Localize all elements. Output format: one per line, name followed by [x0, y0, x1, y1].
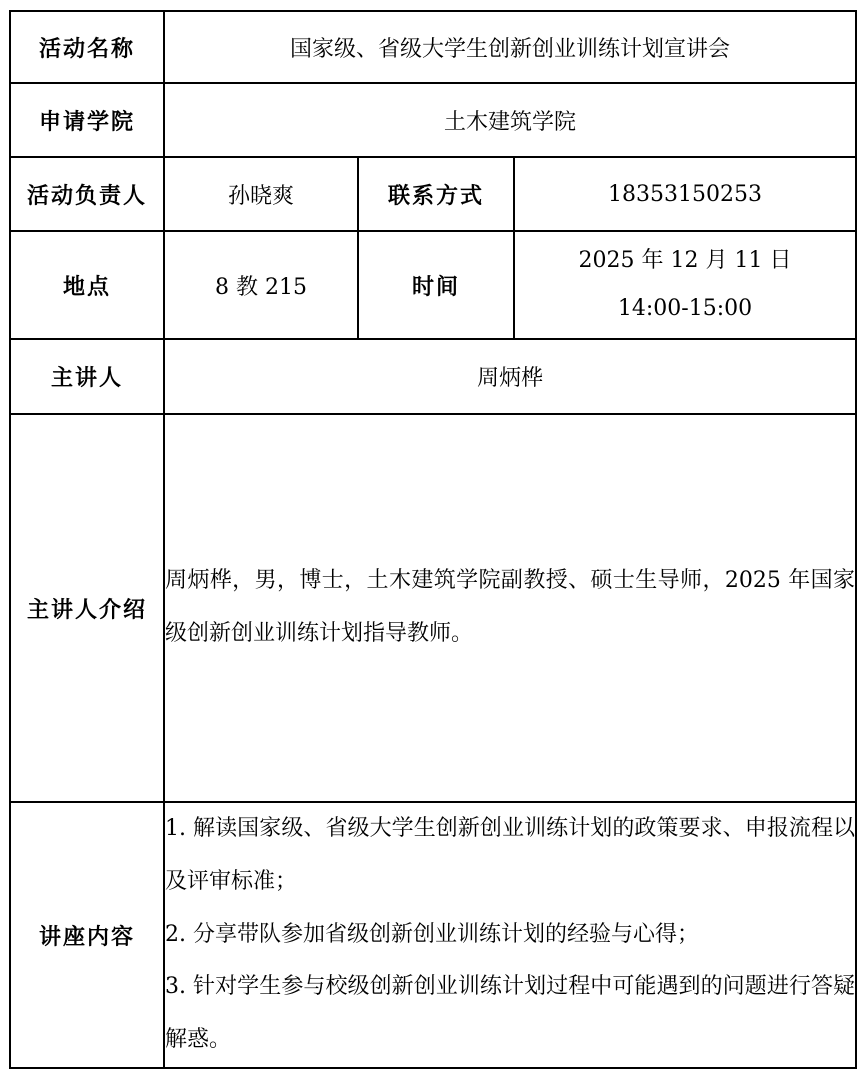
lecture-item-3: 3. 针对学生参与校级创新创业训练计划过程中可能遇到的问题进行答疑解惑。	[165, 961, 855, 1067]
row-lecture-content: 讲座内容 1. 解读国家级、省级大学生创新创业训练计划的政策要求、申报流程以及评…	[10, 802, 856, 1068]
location-value: 8 教 215	[164, 231, 358, 339]
contact-value: 18353150253	[514, 157, 856, 231]
speaker-value: 周炳桦	[164, 339, 856, 414]
row-location-time: 地点 8 教 215 时间 2025 年 12 月 11 日 14:00-15:…	[10, 231, 856, 339]
time-value: 2025 年 12 月 11 日 14:00-15:00	[514, 231, 856, 339]
lecture-item-2: 2. 分享带队参加省级创新创业训练计划的经验与心得；	[165, 909, 855, 962]
location-label: 地点	[10, 231, 164, 339]
row-leader-contact: 活动负责人 孙晓爽 联系方式 18353150253	[10, 157, 856, 231]
row-activity-name: 活动名称 国家级、省级大学生创新创业训练计划宣讲会	[10, 11, 856, 83]
row-speaker: 主讲人 周炳桦	[10, 339, 856, 414]
college-label: 申请学院	[10, 83, 164, 157]
leader-label: 活动负责人	[10, 157, 164, 231]
time-date: 2025 年 12 月 11 日	[515, 237, 855, 285]
activity-name-label: 活动名称	[10, 11, 164, 83]
speaker-label: 主讲人	[10, 339, 164, 414]
row-speaker-intro: 主讲人介绍 周炳桦，男，博士，土木建筑学院副教授、硕士生导师，2025 年国家级…	[10, 414, 856, 802]
time-range: 14:00-15:00	[515, 285, 855, 333]
speaker-intro-value: 周炳桦，男，博士，土木建筑学院副教授、硕士生导师，2025 年国家级创新创业训练…	[164, 414, 856, 802]
speaker-intro-label: 主讲人介绍	[10, 414, 164, 802]
row-college: 申请学院 土木建筑学院	[10, 83, 856, 157]
lecture-content-value: 1. 解读国家级、省级大学生创新创业训练计划的政策要求、申报流程以及评审标准； …	[164, 802, 856, 1068]
college-value: 土木建筑学院	[164, 83, 856, 157]
activity-name-value: 国家级、省级大学生创新创业训练计划宣讲会	[164, 11, 856, 83]
contact-label: 联系方式	[358, 157, 514, 231]
event-application-form: 活动名称 国家级、省级大学生创新创业训练计划宣讲会 申请学院 土木建筑学院 活动…	[9, 10, 857, 1069]
leader-value: 孙晓爽	[164, 157, 358, 231]
lecture-item-1: 1. 解读国家级、省级大学生创新创业训练计划的政策要求、申报流程以及评审标准；	[165, 803, 855, 909]
lecture-content-label: 讲座内容	[10, 802, 164, 1068]
speaker-intro-text: 周炳桦，男，博士，土木建筑学院副教授、硕士生导师，2025 年国家级创新创业训练…	[165, 555, 855, 661]
time-label: 时间	[358, 231, 514, 339]
